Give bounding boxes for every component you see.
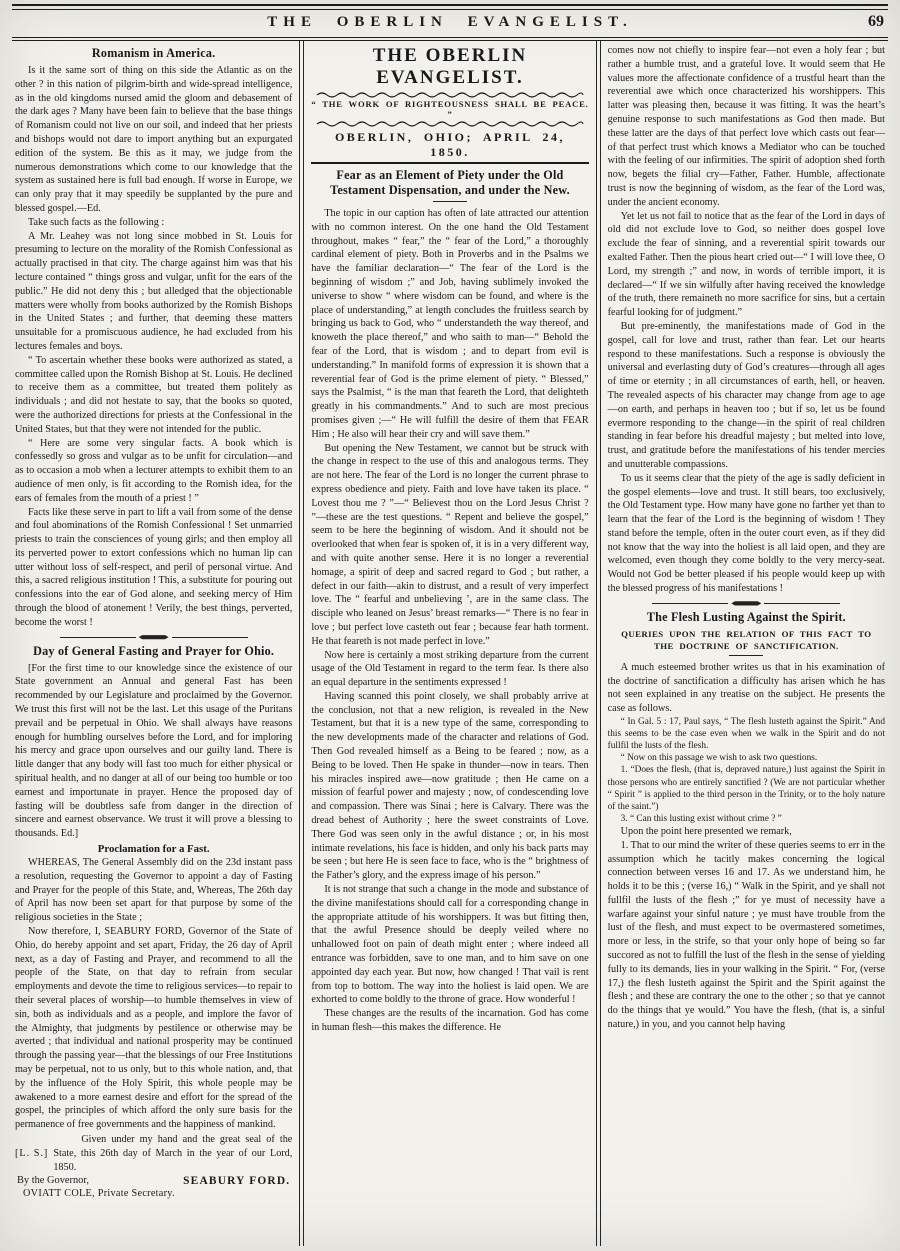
governor-signature: SEABURY FORD. <box>183 1175 290 1187</box>
paragraph: A much esteemed brother writes us that i… <box>608 661 885 716</box>
newspaper-page: THE OBERLIN EVANGELIST. 69 Romanism in A… <box>0 0 900 1251</box>
divider-diamond-icon <box>731 601 761 606</box>
seal-paragraph: [L. S.] Given under my hand and the grea… <box>15 1133 292 1174</box>
quoted-paragraph: 3. “ Can this lusting exist without crim… <box>608 813 885 825</box>
quoted-paragraph: “ In Gal. 5 : 17, Paul says, “ The flesh… <box>608 716 885 752</box>
secretary-line: OVIATT COLE, Private Secretary. <box>15 1187 292 1201</box>
page-number: 69 <box>868 13 884 31</box>
paragraph: Having scanned this point closely, we sh… <box>311 690 588 883</box>
seal-mark: [L. S.] <box>15 1148 48 1159</box>
paragraph: But opening the New Testament, we cannot… <box>311 442 588 649</box>
paragraph: “ Here are some very singular facts. A b… <box>15 437 292 506</box>
masthead-dateline: OBERLIN, OHIO; APRIL 24, 1850. <box>311 130 588 160</box>
masthead-motto: “ THE WORK OF RIGHTEOUSNESS SHALL BE PEA… <box>311 99 588 119</box>
sub-heading: Proclamation for a Fast. <box>15 843 292 855</box>
section-divider <box>15 635 292 640</box>
quoted-paragraph: 1. “Does the flesh, (that is, depraved n… <box>608 764 885 812</box>
article-heading: Romanism in America. <box>15 46 292 61</box>
paragraph: Take such facts as the following : <box>15 216 292 230</box>
column-left: Romanism in America. Is it the same sort… <box>8 41 299 1246</box>
paragraph: comes now not chiefly to inspire fear—no… <box>608 44 885 210</box>
quoted-paragraph: “ Now on this passage we wish to ask two… <box>608 752 885 764</box>
paragraph: “ To ascertain whether these books were … <box>15 354 292 437</box>
masthead-rule <box>311 162 588 164</box>
paragraph: It is not strange that such a change in … <box>311 883 588 1007</box>
paragraph: Now therefore, I, SEABURY FORD, Governor… <box>15 925 292 1132</box>
paragraph: Is it the same sort of thing on this sid… <box>15 64 292 216</box>
short-divider <box>729 655 763 656</box>
paragraph: These changes are the results of the inc… <box>311 1007 588 1035</box>
section-divider <box>608 601 885 606</box>
paragraph: The topic in our caption has often of la… <box>311 207 588 442</box>
paragraph: Yet let us not fail to notice that as th… <box>608 210 885 320</box>
columns: Romanism in America. Is it the same sort… <box>0 41 900 1246</box>
paragraph: To us it seems clear that the piety of t… <box>608 472 885 596</box>
page-header: THE OBERLIN EVANGELIST. 69 <box>0 0 900 41</box>
paragraph: WHEREAS, The General Assembly did on the… <box>15 856 292 925</box>
signature-row: By the Governor, SEABURY FORD. <box>15 1174 292 1187</box>
by-governor-label: By the Governor, <box>17 1175 89 1187</box>
article-heading: Fear as an Element of Piety under the Ol… <box>311 168 588 198</box>
sub-heading: QUERIES UPON THE RELATION OF THIS FACT T… <box>620 628 873 652</box>
running-title: THE OBERLIN EVANGELIST. <box>10 14 890 31</box>
paragraph: Now here is certainly a most striking de… <box>311 649 588 690</box>
paragraph: [For the first time to our knowledge sin… <box>15 662 292 841</box>
masthead: THE OBERLIN EVANGELIST. “ THE WORK OF RI… <box>311 45 588 164</box>
paragraph: Upon the point here presented we remark, <box>608 825 885 839</box>
article-heading: Day of General Fasting and Prayer for Oh… <box>15 644 292 659</box>
masthead-title: THE OBERLIN EVANGELIST. <box>311 45 588 89</box>
paragraph: 1. That to our mind the writer of these … <box>608 839 885 1032</box>
short-divider <box>433 201 467 202</box>
paragraph: A Mr. Leahey was not long since mobbed i… <box>15 230 292 354</box>
column-right: comes now not chiefly to inspire fear—no… <box>601 41 892 1246</box>
wavy-rule <box>316 120 584 127</box>
article-heading: The Flesh Lusting Against the Spirit. <box>608 610 885 625</box>
paragraph: Facts like these serve in part to lift a… <box>15 506 292 630</box>
column-center: THE OBERLIN EVANGELIST. “ THE WORK OF RI… <box>304 41 595 1246</box>
wavy-rule <box>316 91 584 98</box>
divider-diamond-icon <box>139 635 169 640</box>
paragraph: Given under my hand and the great seal o… <box>53 1133 292 1174</box>
paragraph: But pre-eminently, the manifestations ma… <box>608 320 885 472</box>
